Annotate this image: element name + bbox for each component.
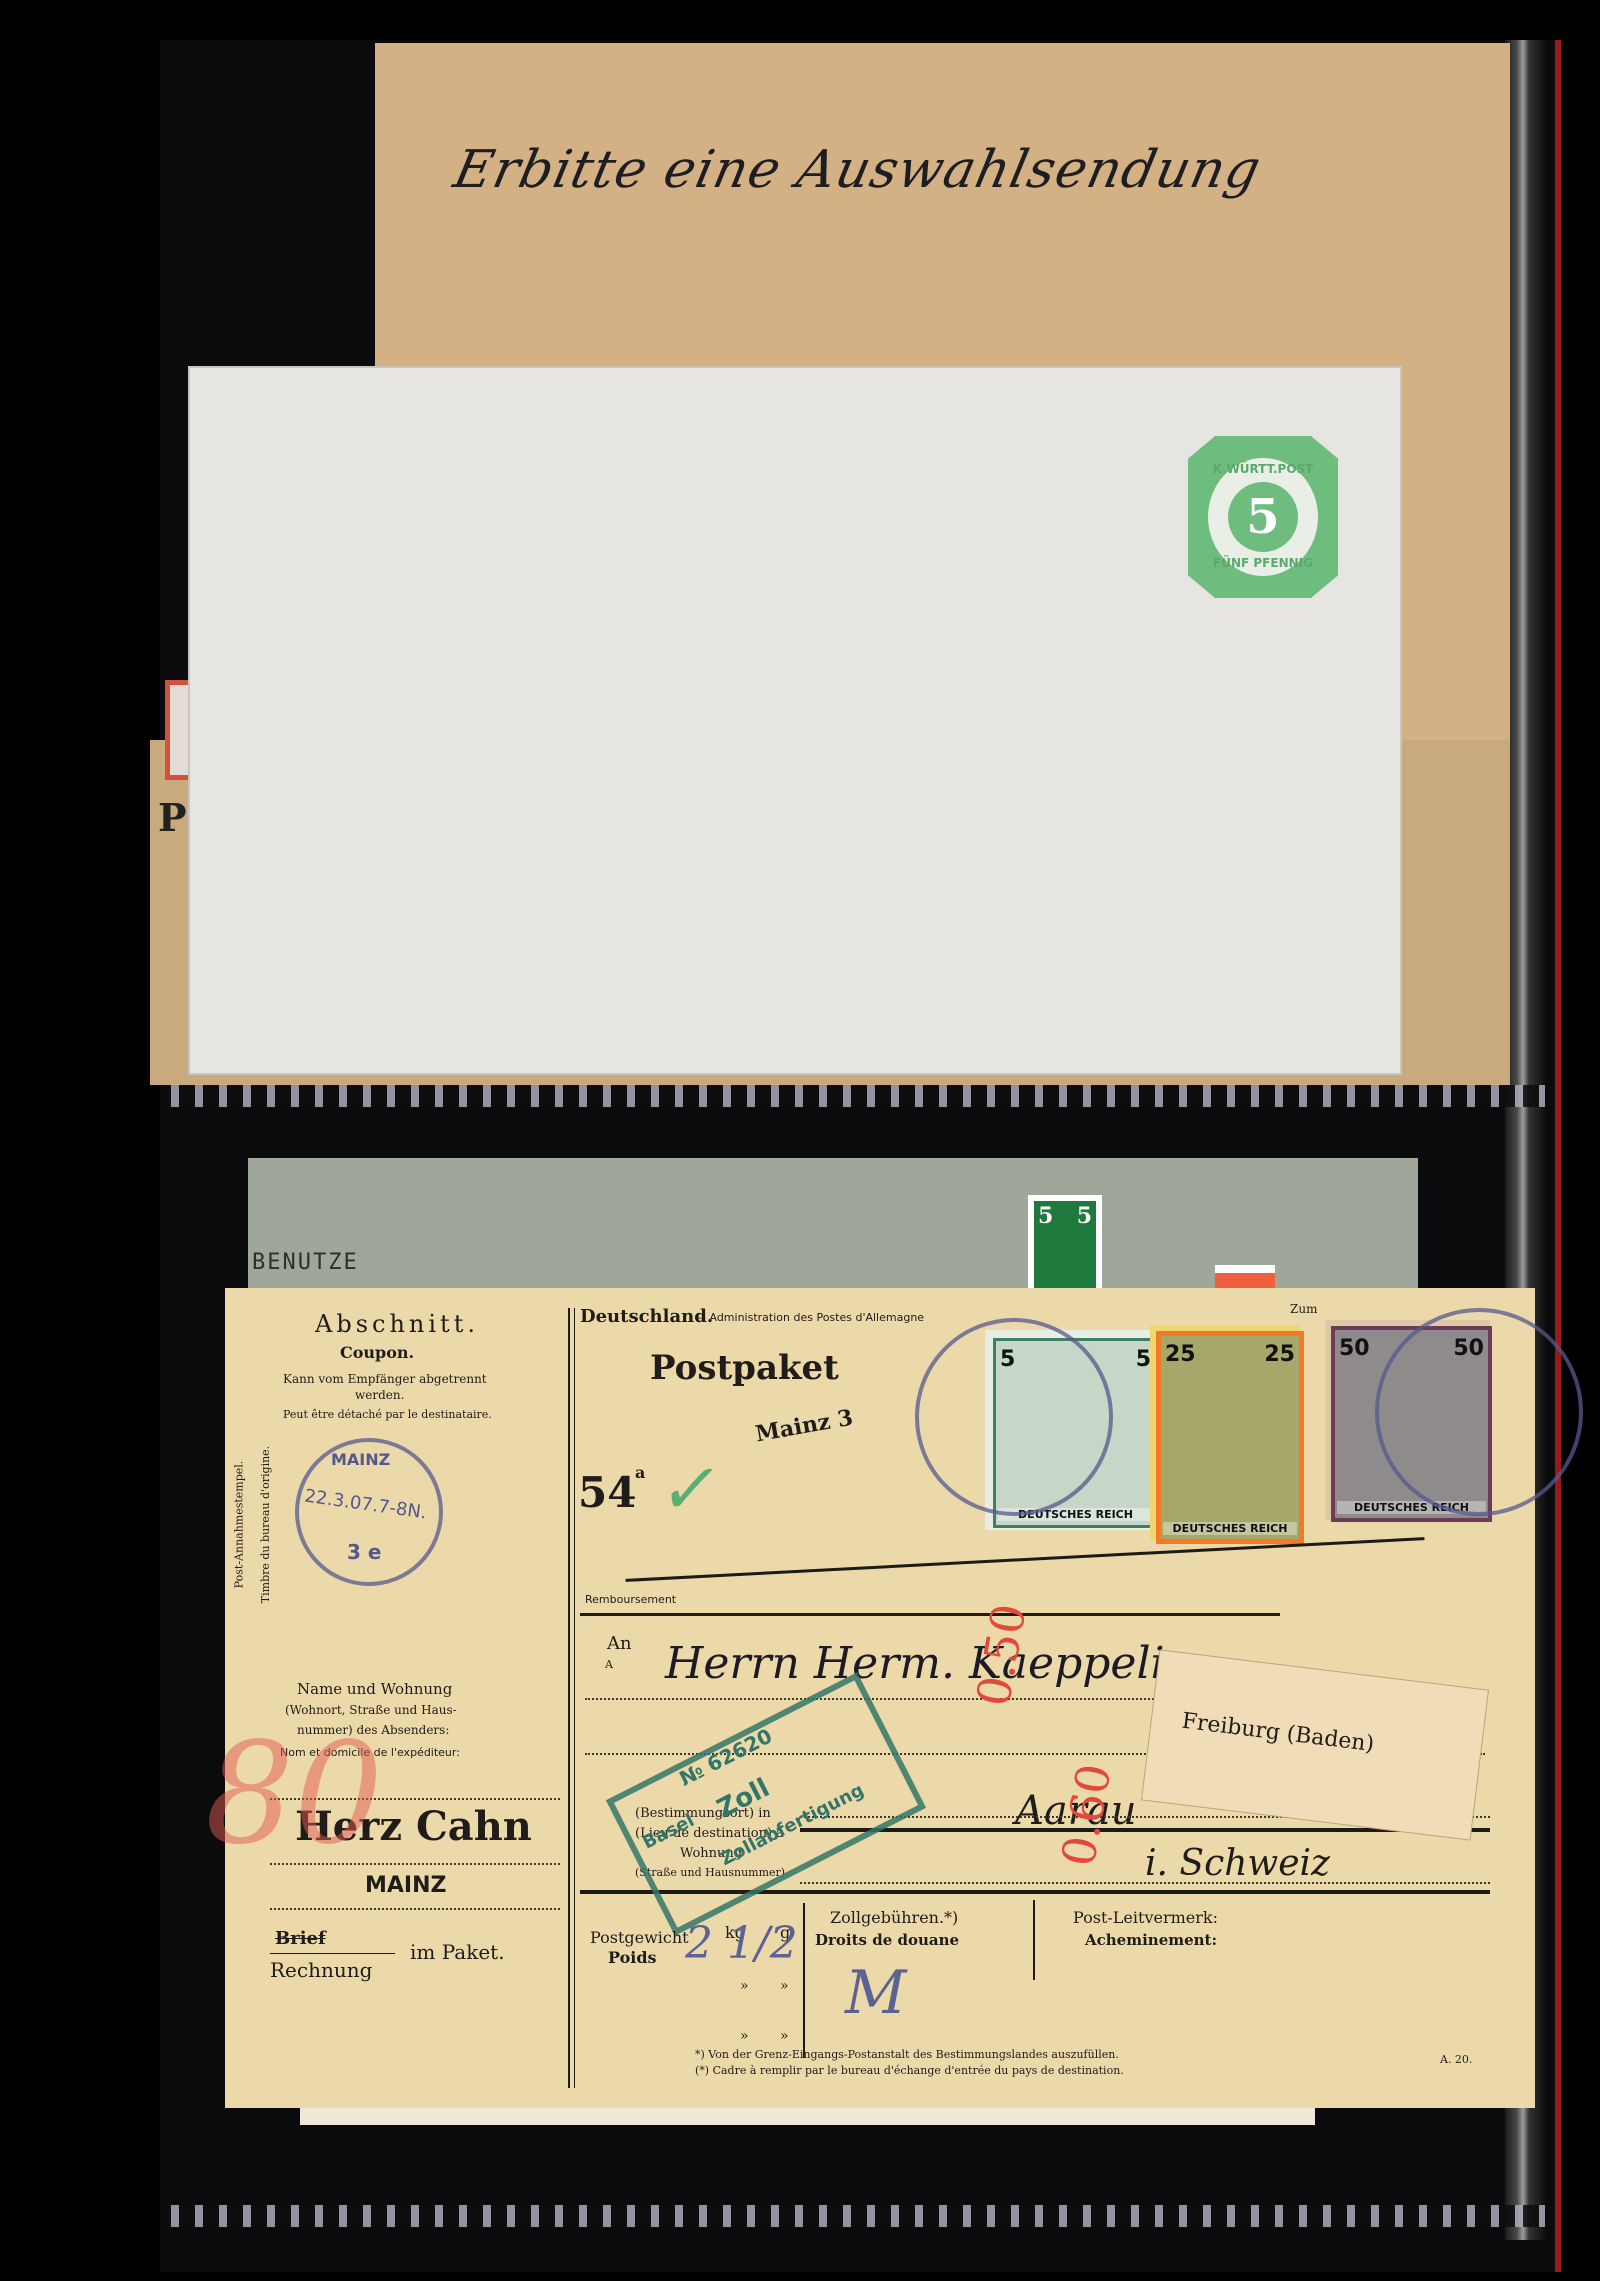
coupon-side-de: Post-Annahmestempel. [232,1461,245,1589]
im-paket-label: im Paket. [410,1940,505,1964]
routing-label-de: Post-Leitvermerk: [1073,1908,1218,1927]
coupon-note-de-2: werden. [355,1388,404,1402]
sender-label-1: Name und Wohnung [297,1680,452,1698]
footnote-fr: (*) Cadre à remplir par le bureau d'écha… [695,2064,1124,2077]
machine-cancel-text: BENUTZE [252,1250,359,1275]
pocket-divider-strip [165,1085,1545,1107]
destination-country-handwriting: i. Schweiz [1145,1843,1330,1884]
footnote-de: *) Von der Grenz-Eingangs-Postanstalt de… [695,2048,1119,2061]
stamp-cancel-2 [1375,1308,1583,1516]
remboursement-label: Remboursement [585,1593,676,1606]
stamp-germania-25: 2525DEUTSCHES REICH [1150,1325,1300,1540]
customs-handwriting: M [845,1958,906,2028]
coupon-title: Abschnitt. [315,1310,479,1338]
brief-struck: Brief [275,1928,326,1949]
red-fee-2: 0.60 [1051,1760,1122,1870]
admin-header: — Administration des Postes d'Allemagne [695,1311,924,1324]
red-crayon-marking: 80 [205,1713,383,1876]
handwritten-request: Erbitte eine Auswahlsendung [449,140,1267,200]
a-label: A [605,1658,613,1671]
customs-box-stamp: № 62620 Basel Zoll Zollabfertigung [606,1672,926,1935]
indicium-value: 5 [1228,482,1298,552]
red-fee-1: 0.50 [966,1600,1037,1710]
weight-label-fr: Poids [608,1948,657,1967]
weight-handwriting: 2 1/2 [685,1918,798,1969]
indicium-top-text: K.WÜRTT.POST [1188,462,1338,476]
mainz-postmark: MAINZ 22.3.07.7-8N. 3 e [295,1438,443,1586]
label-office: Mainz 3 [753,1405,854,1448]
fragment-glyph: P [158,795,187,840]
coupon-subtitle: Coupon. [340,1343,414,1362]
coupon-side-fr: Timbre du bureau d'origine. [259,1446,272,1603]
album-red-edge [1555,40,1561,2272]
label-suffix: a [635,1463,645,1482]
an-label: An [607,1633,632,1654]
label-number: 54 [578,1468,636,1517]
sender-city: MAINZ [365,1873,446,1898]
country-header: Deutschland. [580,1306,713,1327]
coupon-note-de-1: Kann vom Empfänger abgetrennt [283,1372,487,1386]
bottom-pocket-strip [165,2205,1545,2227]
routing-label-fr: Acheminement: [1085,1931,1217,1949]
rechnung-label: Rechnung [270,1958,372,1982]
coupon-note-fr: Peut être détaché par le destinataire. [283,1408,492,1421]
postpaket-title: Postpaket [650,1348,839,1388]
stamp-cancel-1 [915,1318,1113,1516]
routing-label-text: Freiburg (Baden) [1180,1709,1375,1757]
weight-label-de: Postgewicht [590,1928,689,1947]
indicium-bottom-text: FÜNF PFENNIG [1188,556,1338,570]
customs-label-fr: Droits de douane [815,1931,959,1949]
zum-label: Zum [1290,1302,1317,1316]
addressee-handwriting: Herrn Herm. Kaeppeli [665,1638,1165,1689]
green-check-mark: ✓ [655,1448,728,1530]
wurttemberg-indicium: K.WÜRTT.POST 5 FÜNF PFENNIG [1188,436,1338,598]
customs-label-de: Zollgebühren.*) [830,1908,958,1927]
form-number: A. 20. [1440,2053,1472,2066]
